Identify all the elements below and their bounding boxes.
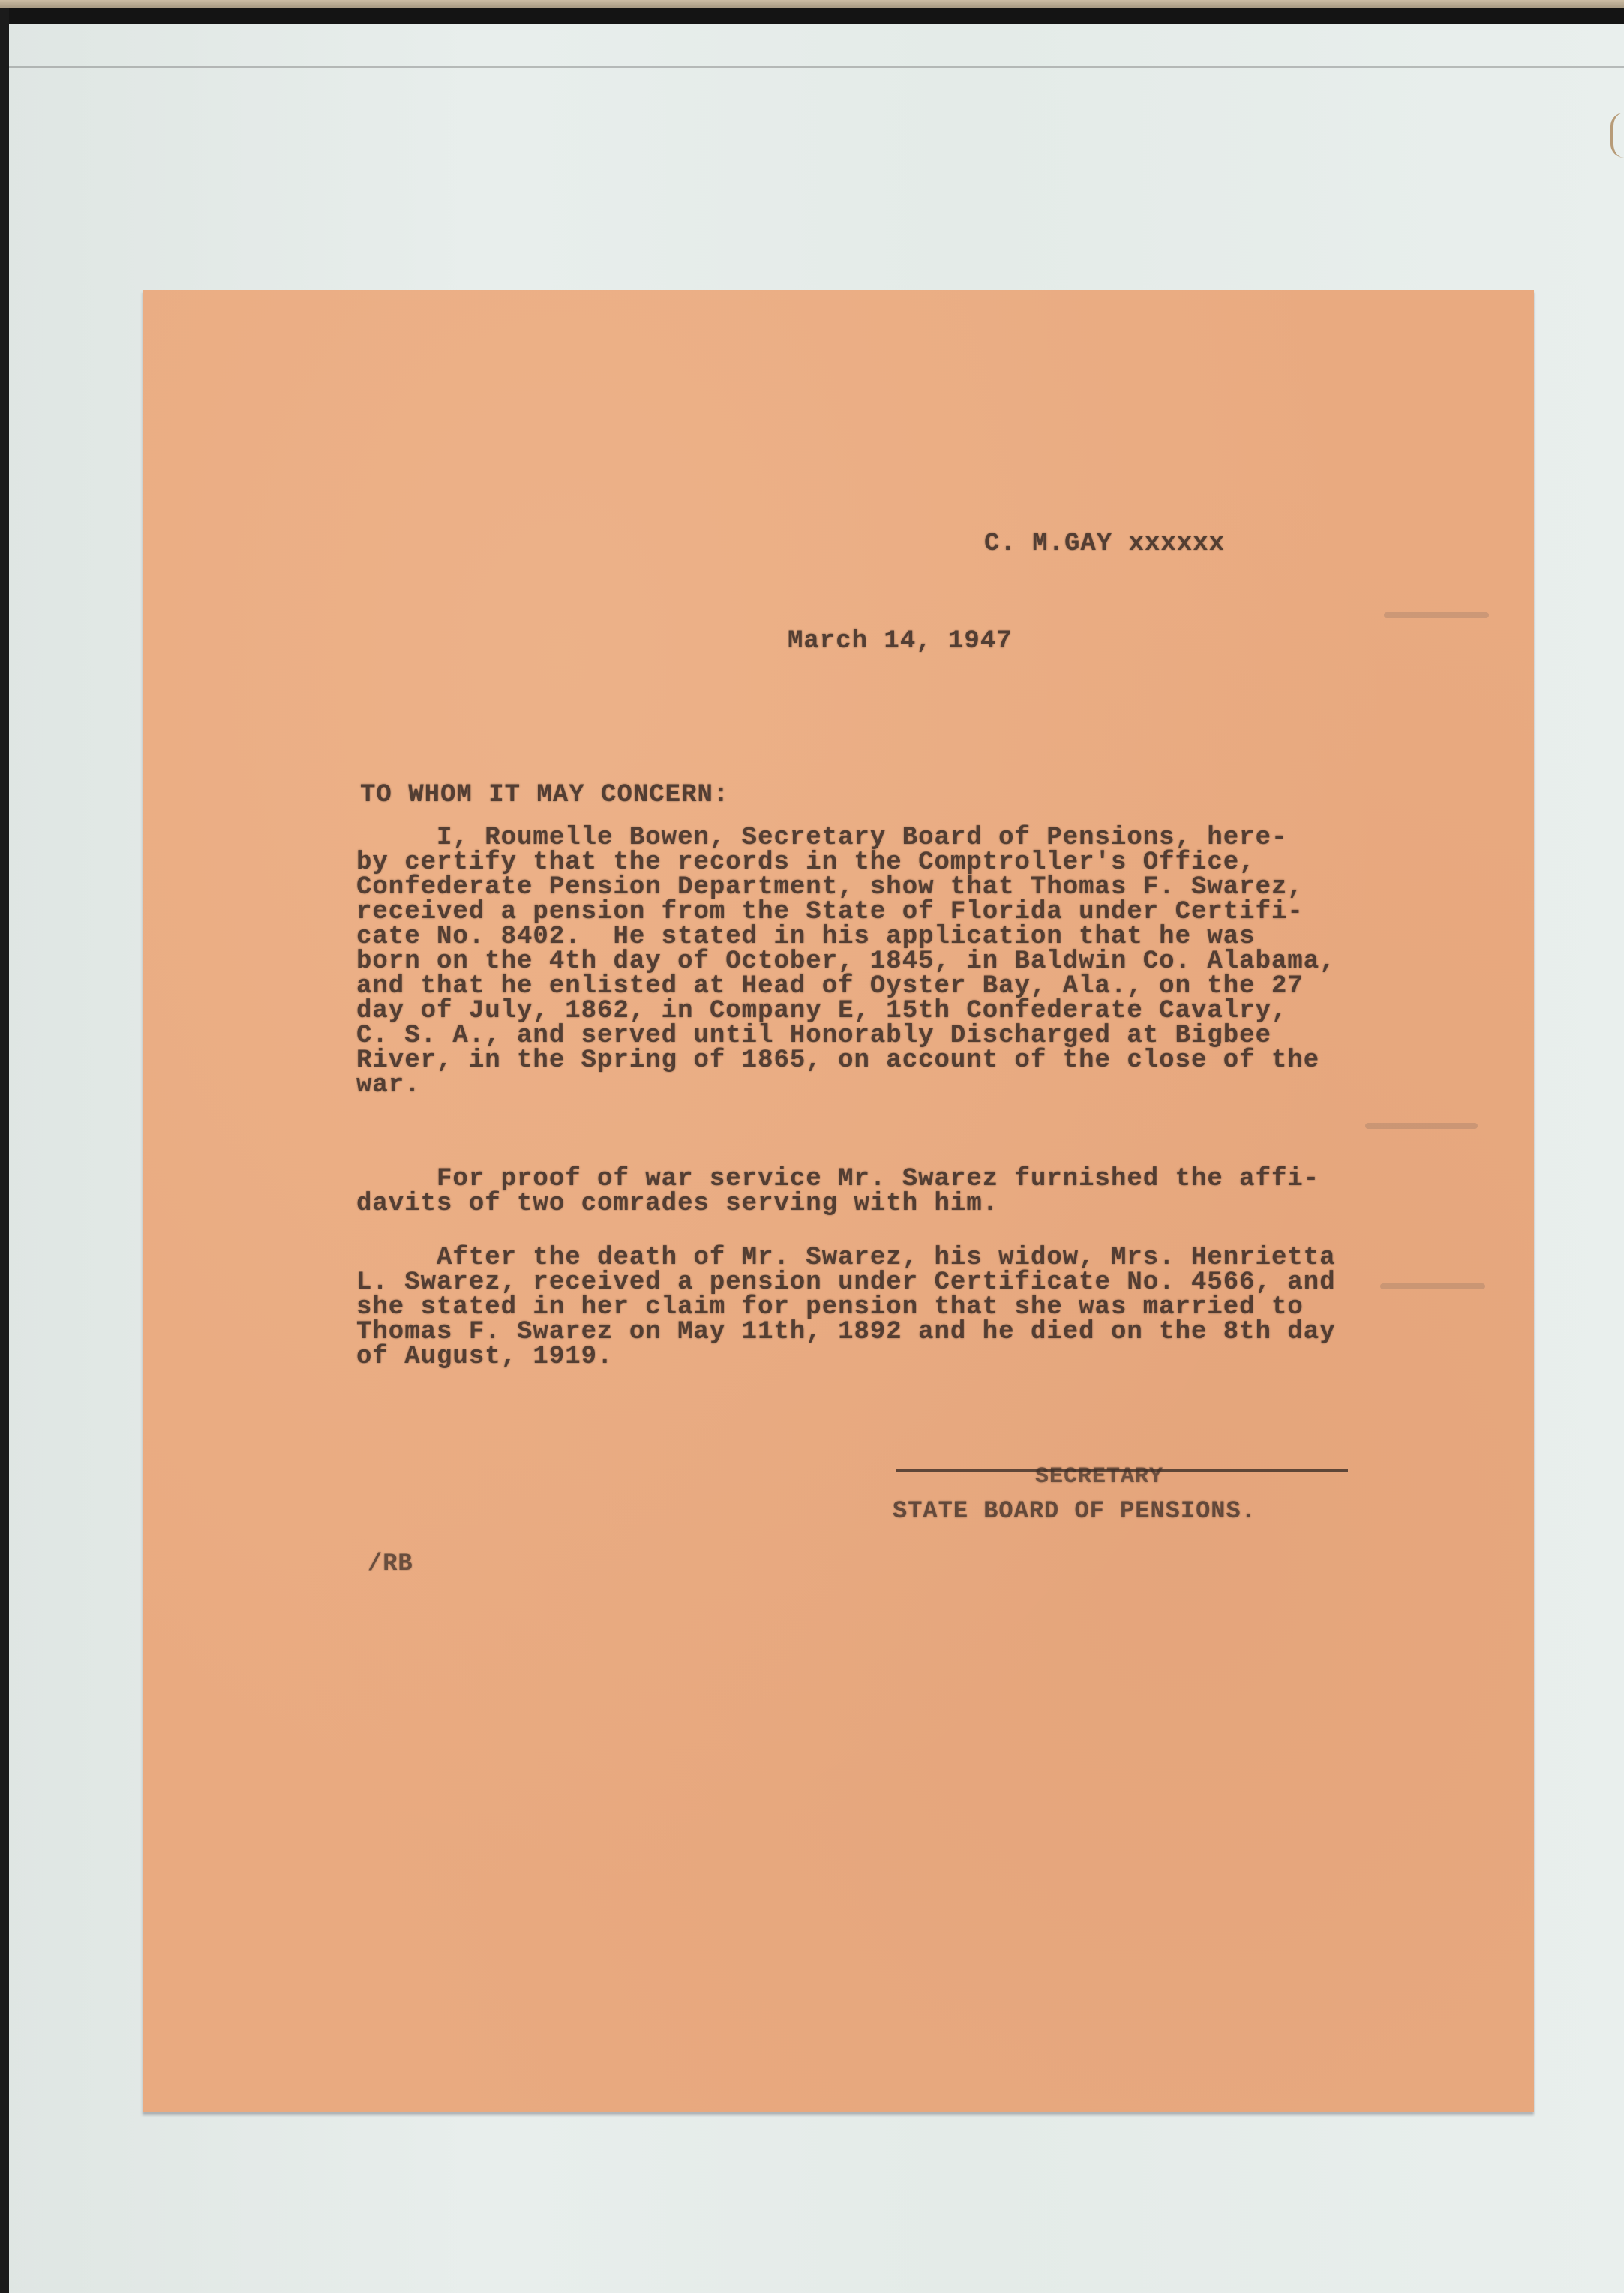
text-line: C. S. A., and served until Honorably Dis… [356, 1024, 1336, 1049]
salutation: TO WHOM IT MAY CONCERN: [360, 781, 729, 809]
text-line: born on the 4th day of October, 1845, in… [356, 950, 1336, 974]
text-line: war. [356, 1073, 1336, 1098]
signature-title: SECRETARY [1035, 1464, 1163, 1490]
text-line: L. Swarez, received a pension under Cert… [356, 1271, 1336, 1295]
scanned-page: C. M.GAY xxxxxx March 14, 1947 TO WHOM I… [0, 0, 1624, 2293]
offset-ghost-mark [1380, 1283, 1485, 1289]
text-line: After the death of Mr. Swarez, his widow… [356, 1246, 1336, 1271]
text-line: cate No. 8402. He stated in his applicat… [356, 925, 1336, 950]
scanner-left-shadow [0, 8, 9, 2293]
text-line: of August, 1919. [356, 1345, 1336, 1370]
offset-ghost-mark [1384, 612, 1489, 618]
text-line: and that he enlisted at Head of Oyster B… [356, 974, 1336, 999]
text-line: Confederate Pension Department, show tha… [356, 875, 1336, 900]
signature-organization: STATE BOARD OF PENSIONS. [893, 1497, 1256, 1525]
text-line: River, in the Spring of 1865, on account… [356, 1049, 1336, 1073]
paragraph-certification: I, Roumelle Bowen, Secretary Board of Pe… [356, 826, 1336, 1098]
text-line: davits of two comrades serving with him. [356, 1192, 1319, 1217]
paragraph-widow-pension: After the death of Mr. Swarez, his widow… [356, 1246, 1336, 1370]
text-line: I, Roumelle Bowen, Secretary Board of Pe… [356, 826, 1336, 851]
backing-fold-line [9, 66, 1624, 68]
text-line: day of July, 1862, in Company E, 15th Co… [356, 999, 1336, 1024]
text-line: Thomas F. Swarez on May 11th, 1892 and h… [356, 1320, 1336, 1345]
letter-date: March 14, 1947 [788, 627, 1013, 656]
file-reference: C. M.GAY xxxxxx [984, 530, 1225, 558]
scanner-top-shadow [0, 8, 1624, 24]
text-line: For proof of war service Mr. Swarez furn… [356, 1167, 1319, 1192]
scanner-top-edge [0, 0, 1624, 8]
letter-sheet: C. M.GAY xxxxxx March 14, 1947 TO WHOM I… [143, 290, 1534, 2112]
offset-ghost-mark [1365, 1123, 1478, 1129]
text-line: received a pension from the State of Flo… [356, 900, 1336, 925]
text-line: by certify that the records in the Compt… [356, 851, 1336, 875]
typist-initials: /RB [368, 1550, 413, 1577]
text-line: she stated in her claim for pension that… [356, 1295, 1336, 1320]
paragraph-proof-of-service: For proof of war service Mr. Swarez furn… [356, 1167, 1319, 1217]
backing-tab-mark [1610, 113, 1624, 158]
